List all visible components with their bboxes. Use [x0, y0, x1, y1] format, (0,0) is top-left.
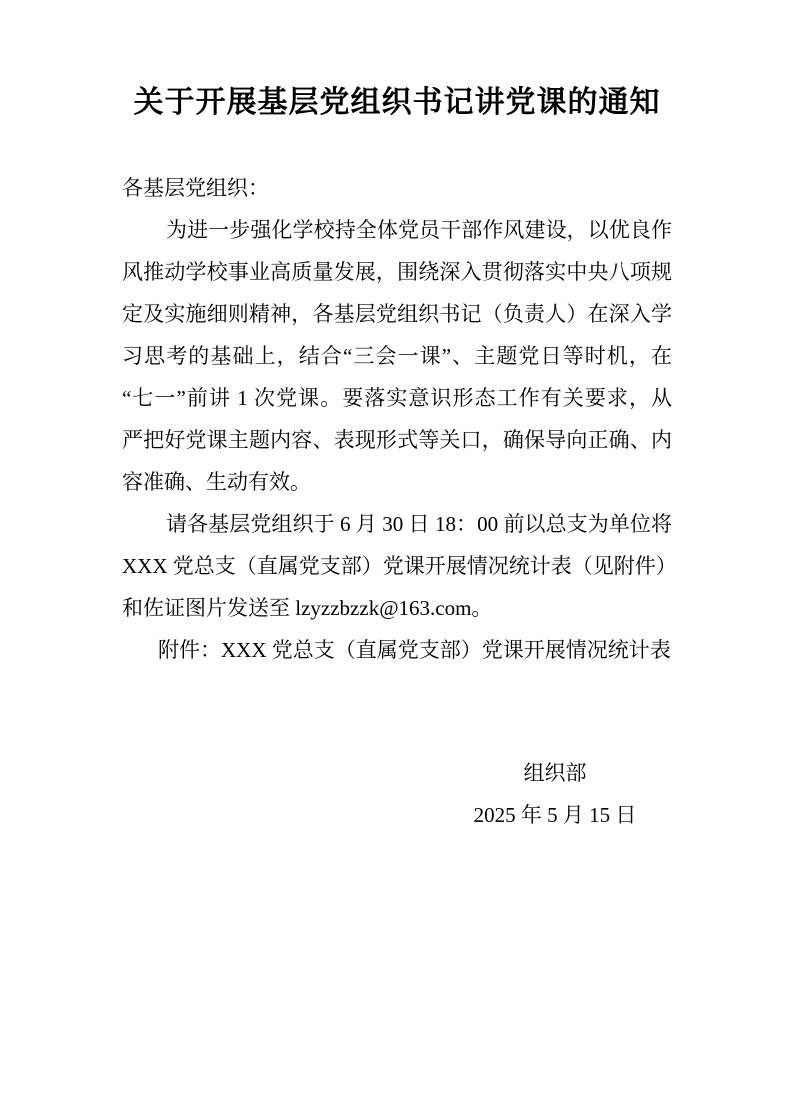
notice-document-page: 关于开展基层党组织书记讲党课的通知 各基层党组织： 为进一步强化学校持全体党员干…: [0, 0, 794, 1108]
attachment-line: 附件：XXX 党总支（直属党支部）党课开展情况统计表: [122, 629, 672, 671]
signature-department: 组织部: [470, 752, 640, 794]
salutation-line: 各基层党组织：: [122, 167, 672, 209]
signature-block: 组织部 2025 年 5 月 15 日: [470, 752, 640, 836]
paragraph-2-line-3: 和佐证图片发送至 lzyzzbzzk@163.com。: [122, 587, 672, 629]
document-content: 关于开展基层党组织书记讲党课的通知 各基层党组织： 为进一步强化学校持全体党员干…: [122, 0, 672, 836]
paragraph-1-line-6: 严把好党课主题内容、表现形式等关口，确保导向正确、内: [122, 419, 672, 461]
signature-date: 2025 年 5 月 15 日: [470, 794, 640, 836]
paragraph-1-line-2: 风推动学校事业高质量发展，围绕深入贯彻落实中央八项规: [122, 251, 672, 293]
paragraph-1-line-7: 容准确、生动有效。: [122, 461, 672, 503]
paragraph-1-line-5: “七一”前讲 1 次党课。要落实意识形态工作有关要求，从: [122, 377, 672, 419]
paragraph-1-line-4: 习思考的基础上，结合“三会一课”、主题党日等时机，在: [122, 335, 672, 377]
document-title: 关于开展基层党组织书记讲党课的通知: [122, 82, 672, 124]
paragraph-1-line-3: 定及实施细则精神，各基层党组织书记（负责人）在深入学: [122, 293, 672, 335]
paragraph-2-line-2: XXX 党总支（直属党支部）党课开展情况统计表（见附件）: [122, 545, 672, 587]
paragraph-2-line-1: 请各基层党组织于 6 月 30 日 18：00 前以总支为单位将: [122, 503, 672, 545]
document-body: 各基层党组织： 为进一步强化学校持全体党员干部作风建设，以优良作 风推动学校事业…: [122, 167, 672, 671]
paragraph-1-line-1: 为进一步强化学校持全体党员干部作风建设，以优良作: [122, 209, 672, 251]
